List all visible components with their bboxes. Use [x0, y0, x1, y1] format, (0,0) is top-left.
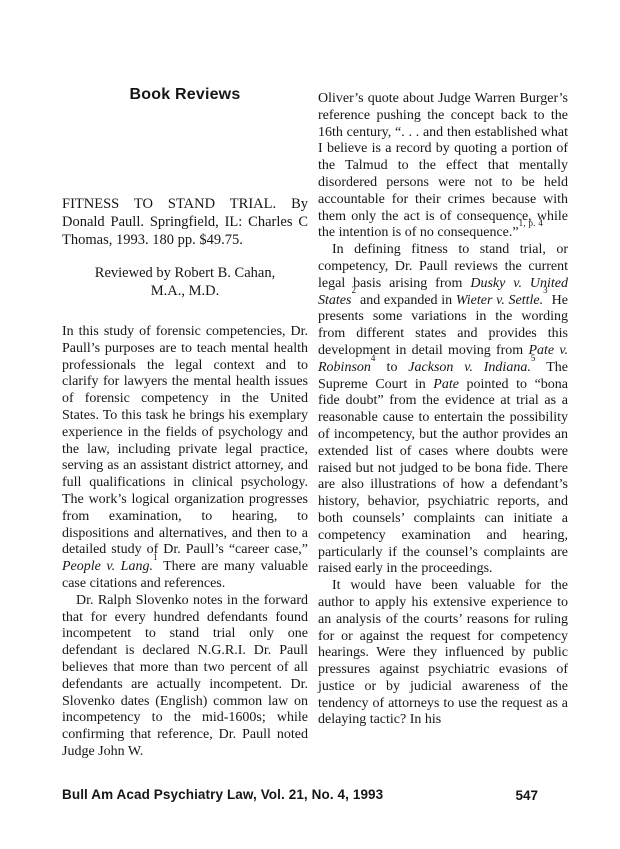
reviewer-byline: Reviewed by Robert B. Cahan, M.A., M.D.: [62, 264, 308, 300]
case-name: People v. Lang.: [62, 559, 153, 574]
page-number: 547: [458, 788, 538, 803]
right-column: Oliver’s quote about Judge Warren Burger…: [318, 91, 568, 729]
case-name: Jackson v. Indiana.: [408, 360, 531, 375]
journal-footer: Bull Am Acad Psychiatry Law, Vol. 21, No…: [62, 787, 383, 802]
case-name: Pate: [433, 377, 459, 392]
journal-page: { "page": { "section_heading": "Book Rev…: [0, 0, 620, 849]
footnote-marker: 4: [371, 353, 376, 363]
paragraph: Dr. Ralph Slovenko notes in the forward …: [62, 593, 308, 761]
body-text: In this study of forensic competencies, …: [62, 324, 308, 557]
paragraph: In defining fitness to stand trial, or c…: [318, 242, 568, 578]
footnote-marker: 2: [351, 285, 356, 295]
left-column: In this study of forensic competencies, …: [62, 324, 308, 761]
footnote-marker: 5: [531, 353, 536, 363]
body-text: pointed to “bona fide doubt” from the ev…: [318, 377, 568, 577]
body-text: Dr. Ralph Slovenko notes in the forward …: [62, 593, 308, 759]
section-heading: Book Reviews: [62, 86, 308, 104]
reviewer-name: Reviewed by Robert B. Cahan,: [95, 265, 275, 281]
paragraph: In this study of forensic competencies, …: [62, 324, 308, 593]
footnote-marker: 1, p. 4: [519, 218, 544, 228]
footnote-marker: 1: [153, 552, 158, 562]
paragraph: Oliver’s quote about Judge Warren Burger…: [318, 91, 568, 242]
footnote-marker: 3: [543, 285, 548, 295]
body-text: and expanded in: [356, 293, 456, 308]
body-text: to: [376, 360, 409, 375]
reviewer-degrees: M.A., M.D.: [151, 283, 219, 299]
paragraph: It would have been valuable for the auth…: [318, 578, 568, 729]
book-citation: FITNESS TO STAND TRIAL. By Donald Paull.…: [62, 195, 308, 249]
body-text: It would have been valuable for the auth…: [318, 578, 568, 727]
case-name: Wieter v. Settle.: [456, 293, 543, 308]
